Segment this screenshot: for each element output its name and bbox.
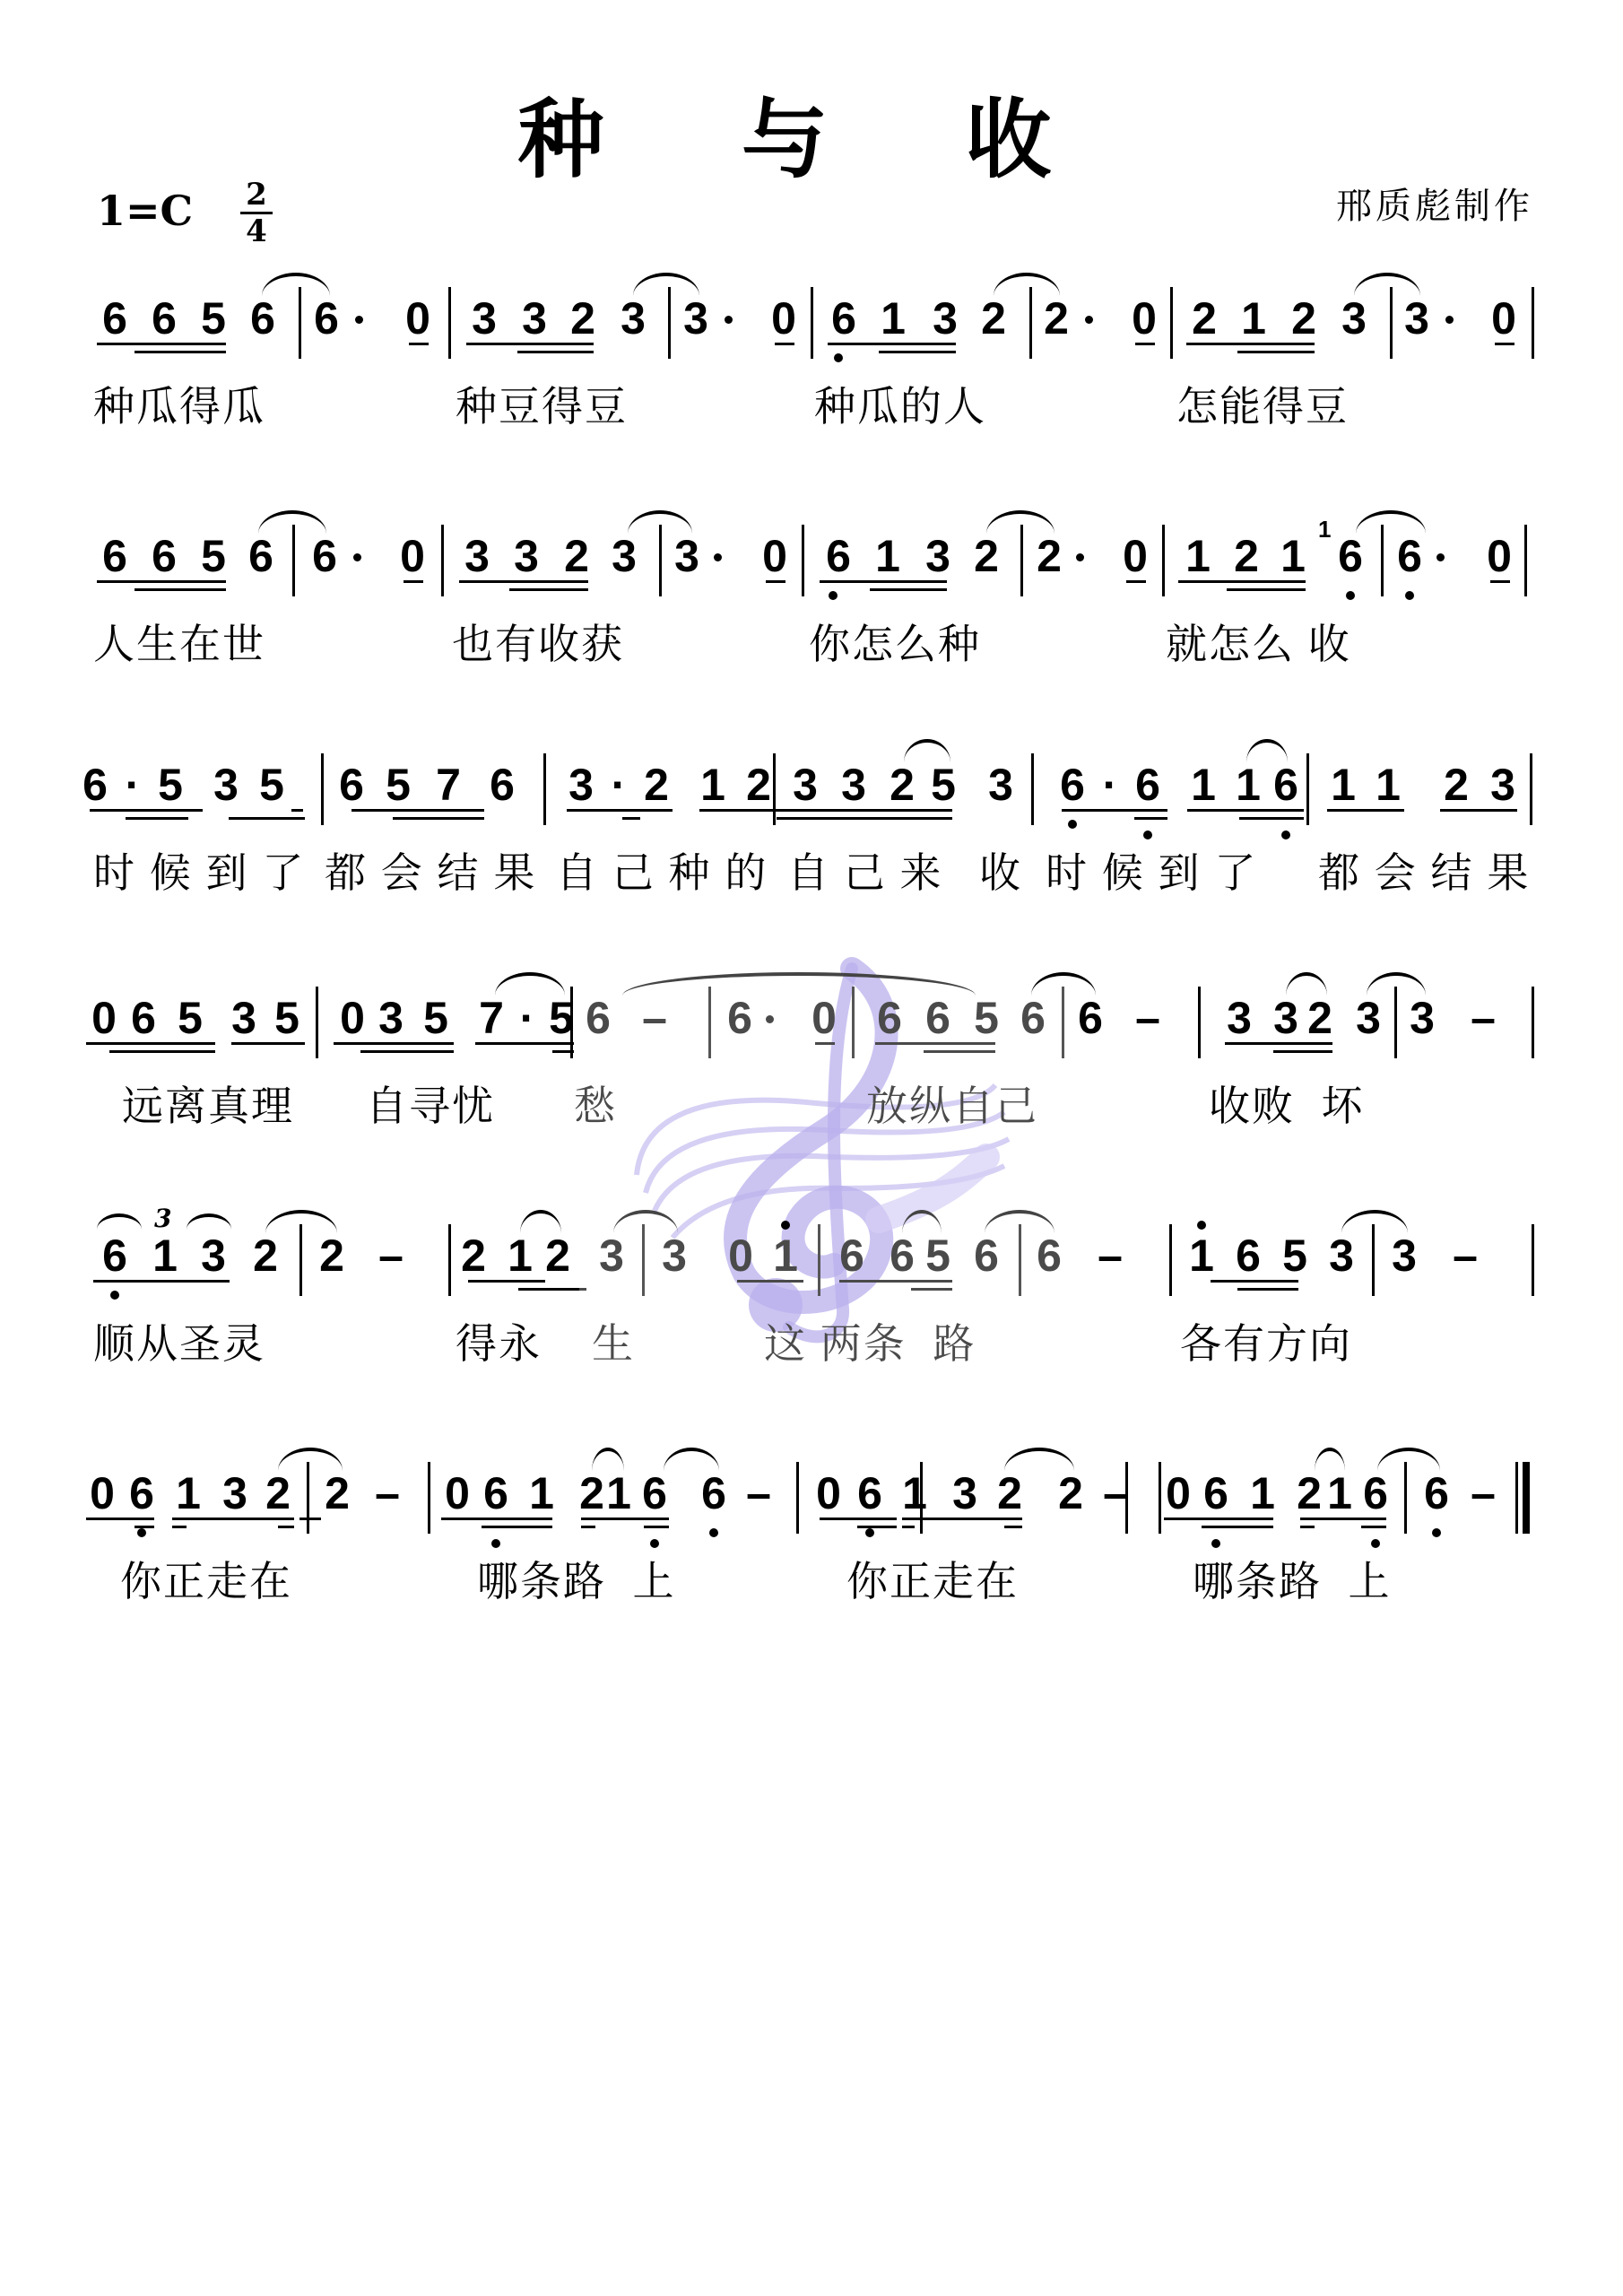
barline [668,287,671,359]
lyric-line: 时 候 到 了 [93,852,305,893]
note: · [601,762,637,807]
note: 3 [508,534,544,578]
augmentation-dot [1436,553,1445,561]
note: 3 [195,1233,231,1278]
duration-underline [857,1526,897,1528]
lyric-line: 生 [592,1323,635,1364]
barline [1390,287,1393,359]
triplet-bracket-right [187,1213,231,1230]
barline [321,753,324,825]
barline [1394,987,1397,1058]
duration-underline [879,351,956,353]
octave-dot [1346,591,1355,600]
lyric-line: 你正走在 [846,1561,1019,1602]
lyric-line: 人生在世 [93,623,265,665]
duration-underline [911,1288,952,1291]
duration-underline [1004,1526,1022,1528]
note: 3 [1350,996,1386,1040]
barline [292,525,295,596]
lyric-line: 收 [979,852,1022,893]
duration-underline [1239,817,1304,820]
lyric-line: 得永 [456,1323,542,1364]
grace-note: 1 [1318,517,1331,541]
barline [818,1224,820,1296]
note: 6 [97,296,133,341]
note: 3 [516,296,552,341]
note: 2 [559,534,595,578]
duration-underline [1202,1526,1273,1528]
note: 1 [524,1471,560,1516]
barline [1532,987,1534,1058]
lyric-line: 哪条路 上 [477,1561,676,1602]
barline [543,753,546,825]
barline [852,987,855,1058]
note: 5 [380,762,416,807]
duration-underline [875,1042,995,1045]
lyric-line: 怎能得豆 [1176,386,1349,427]
lyric-line: 自寻忧 [366,1085,495,1126]
lyric-line: 都 会 结 果 [325,852,536,893]
note: 3 [1404,996,1440,1040]
note: 1 [1322,1471,1358,1516]
lyric-line: 哪条路 上 [1193,1561,1392,1602]
note: 6 [1358,1471,1393,1516]
octave-dot [834,353,843,362]
note: 2 [247,1233,283,1278]
octave-dot [1281,831,1290,839]
duration-underline [172,1518,294,1520]
barline [1306,753,1309,825]
duration-underline [135,588,226,591]
augmentation-dot [725,316,733,324]
score-system: 6656603323306132201216601人生在世也有收获你怎么种就怎么… [0,534,1623,749]
barline [448,1224,451,1296]
duration-underline [93,1280,230,1283]
duration-underline [1164,1518,1273,1520]
lyric-line: 自 己 种 的 [556,852,768,893]
note: 0 [395,534,430,578]
barline [1372,1224,1375,1296]
lyric-line: 这 两条 路 [764,1323,976,1364]
note: 6 [478,1471,514,1516]
final-barline-thick [1523,1462,1530,1534]
note: 3 [1386,1233,1422,1278]
note: 1 [170,1471,206,1516]
duration-underline [360,1050,454,1053]
note: 3 [466,296,502,341]
triplet-bracket-left [97,1213,142,1230]
note: 2 [1228,534,1264,578]
note: 6 [852,1471,888,1516]
note: 3 [459,534,495,578]
duration-underline [459,580,588,583]
augmentation-dot [353,553,361,561]
note: 0 [86,996,122,1040]
note: 6 [245,296,281,341]
dash-extension: – [1092,1233,1128,1278]
duration-underline [1225,1042,1332,1045]
lyric-line: 你正走在 [120,1561,292,1602]
octave-dot [781,1221,790,1230]
note: 1 [502,1233,538,1278]
note: 6 [1392,534,1428,578]
octave-dot [137,1528,146,1537]
note: · [509,996,545,1040]
note: 1 [695,762,731,807]
note: 0 [400,296,436,341]
note: 6 [97,534,133,578]
note: 3 [1399,296,1435,341]
note: 0 [1117,534,1153,578]
duration-underline [404,580,423,583]
song-title: 种 与 收 [0,97,1623,183]
duration-underline [1178,580,1306,583]
note: 2 [1031,534,1067,578]
duration-underline [1273,1050,1332,1053]
duration-underline [518,1288,579,1291]
barline [1062,987,1064,1058]
lyric-line: 时 候 到 了 [1046,852,1257,893]
barline [659,525,662,596]
duration-underline [466,343,594,345]
note: 0 [806,996,842,1040]
lyric-line: 放纵自己 [866,1085,1038,1126]
note: 0 [766,296,802,341]
duration-underline [158,809,203,812]
note: 6 [696,1471,732,1516]
note: 6 [243,534,279,578]
barline [773,753,776,825]
duration-underline [509,588,588,591]
duration-underline [839,1280,952,1283]
note: 6 [307,534,343,578]
lyric-line: 愁 [574,1085,617,1126]
barline [1381,525,1384,596]
note: 3 [594,1233,629,1278]
barline [796,1462,799,1534]
note: 1 [1180,534,1216,578]
duration-underline [1186,343,1315,345]
barline [1532,287,1534,359]
note: 6 [1072,996,1108,1040]
note: 2 [638,762,674,807]
note: 3 [1485,762,1521,807]
time-signature-numerator: 2 [240,179,273,214]
duration-underline [109,1050,215,1053]
lyric-line: 种豆得豆 [456,386,628,427]
note: 6 [308,296,344,341]
duration-underline [1490,580,1510,583]
note: 3 [656,1233,692,1278]
lyric-line: 远离真理 [122,1085,294,1126]
lyric-line: 也有收获 [452,623,624,665]
duration-underline [441,1518,552,1520]
barline [802,525,804,596]
note: 0 [1486,296,1522,341]
note: 6 [884,1233,920,1278]
note: 3 [836,762,872,807]
duration-underline [1237,351,1315,353]
lyric-line: 各有方向 [1180,1323,1352,1364]
note: 2 [1053,1471,1089,1516]
augmentation-dot [766,1015,774,1023]
note: 1 [147,1233,183,1278]
note: 2 [968,534,1004,578]
barline [1170,287,1173,359]
barline [441,525,444,596]
duration-underline [475,1042,574,1045]
note: 3 [1221,996,1257,1040]
note: 6 [1130,762,1166,807]
dash-extension: – [741,1471,777,1516]
barline [448,287,451,359]
note: 7 [473,996,509,1040]
duration-underline [86,1518,154,1520]
barline [1125,1462,1128,1534]
augmentation-dot [714,553,722,561]
duration-underline [1300,1518,1386,1520]
duration-underline [1227,588,1306,591]
note: 5 [254,762,290,807]
note: 5 [920,1233,956,1278]
duration-underline [1134,817,1167,820]
note: 3 [947,1471,983,1516]
note: 0 [439,1471,475,1516]
note: 3 [615,296,651,341]
note: 0 [84,1471,120,1516]
note: 3 [1336,296,1372,341]
dash-extension: – [1098,1471,1133,1516]
barline [1404,1462,1407,1534]
note: 3 [606,534,642,578]
barline [1020,525,1023,596]
octave-dot [829,591,838,600]
duration-underline [482,1526,552,1528]
note: 6 [334,762,369,807]
note: 2 [1302,996,1338,1040]
duration-underline [622,817,640,820]
lyric-line: 你怎么种 [809,623,981,665]
duration-underline [1211,1280,1298,1283]
octave-dot [1143,831,1152,839]
duration-underline [820,1518,897,1520]
duration-underline [1495,343,1515,345]
octave-dot [491,1539,500,1548]
duration-underline [777,817,952,820]
note: 6 [77,762,113,807]
note: 3 [787,762,823,807]
note: 6 [1419,1471,1454,1516]
octave-dot [1432,1528,1441,1537]
duration-underline [567,809,673,812]
barline [811,287,813,359]
duration-underline [231,1042,305,1045]
duration-underline [86,1042,215,1045]
note: 6 [834,1233,870,1278]
note: 2 [565,296,601,341]
octave-dot [1371,1539,1380,1548]
note: 2 [456,1233,491,1278]
note: 5 [968,996,1004,1040]
duration-underline [1440,809,1517,812]
final-barline-thin [1515,1462,1518,1534]
barline [1162,525,1165,596]
duration-underline [393,817,484,820]
barline [642,1224,645,1296]
note: 6 [1230,1233,1266,1278]
octave-dot [865,1528,874,1537]
duration-underline [1327,809,1404,812]
note: 6 [124,1471,160,1516]
barline [708,987,711,1058]
score-system: 61322–212330166566–16533–3顺从圣灵得永生这 两条 路各… [0,1233,1623,1448]
note: 1 [875,296,911,341]
note: 6 [1268,762,1304,807]
barline [428,1462,430,1534]
duration-underline [581,1526,595,1528]
note: 2 [1186,296,1222,341]
note: 2 [260,1471,296,1516]
note: 6 [1332,534,1368,578]
duration-underline [409,343,429,345]
dash-extension: – [637,996,673,1040]
duration-underline [828,343,956,345]
octave-dot [1197,1221,1206,1230]
note: 6 [826,296,862,341]
duration-underline [278,1526,294,1528]
duration-underline [1237,1288,1298,1291]
duration-underline [1135,343,1155,345]
note: 1 [1325,762,1361,807]
note: 3 [1268,996,1304,1040]
note: 3 [983,762,1019,807]
note: 3 [1324,1233,1359,1278]
barline [1029,287,1032,359]
dash-extension: – [373,1233,409,1278]
dash-extension: – [1130,996,1166,1040]
note: 5 [195,296,231,341]
note: 6 [1198,1471,1234,1516]
lyric-line: 自 己 来 [787,852,943,893]
note: 5 [1277,1233,1313,1278]
note: 1 [870,534,906,578]
note: 1 [1184,1233,1219,1278]
note: 1 [601,1471,637,1516]
barline [1169,1224,1172,1296]
note: 2 [884,762,920,807]
note: 6 [722,996,758,1040]
note: 0 [1481,534,1517,578]
barline [920,1462,923,1534]
duration-underline [229,817,305,820]
note: 0 [1126,296,1162,341]
barline [1530,753,1532,825]
note: 5 [152,762,188,807]
octave-dot [650,1539,659,1548]
duration-underline [924,1050,995,1053]
score-page: 种 与 收 1=C 2 4 邢质彪制作 66566033233061322021… [0,0,1623,2296]
note: 2 [314,1233,350,1278]
note: 1 [897,1471,933,1516]
note: 6 [484,762,520,807]
augmentation-dot [1085,316,1093,324]
duration-underline [737,1280,803,1283]
lyric-line: 种瓜得瓜 [93,386,265,427]
note: 0 [334,996,370,1040]
barline [1198,987,1201,1058]
note: 2 [741,762,777,807]
augmentation-dot [1076,553,1084,561]
note: 0 [757,534,793,578]
note: 6 [126,996,161,1040]
note: 3 [563,762,599,807]
note: 1 [1275,534,1311,578]
note: 2 [992,1471,1028,1516]
note: 2 [1286,296,1322,341]
time-signature-denominator: 4 [240,214,273,247]
note: 7 [430,762,466,807]
lyric-line: 就怎么 收 [1166,623,1351,665]
note: 5 [543,996,579,1040]
note: 6 [146,296,182,341]
score-system: 065350357·56–6066566–33233–远离真理自寻忧愁放纵自己收… [0,996,1623,1211]
note: 2 [1438,762,1474,807]
note: 6 [580,996,616,1040]
duration-underline [291,809,303,812]
note: · [1092,762,1128,807]
note: 3 [669,534,705,578]
note: 6 [1031,1233,1067,1278]
duration-underline [352,809,484,812]
score-system: 665660332330613220212330种瓜得瓜种豆得豆种瓜的人怎能得豆 [0,296,1623,511]
note: 2 [540,1233,576,1278]
note: 1 [1185,762,1221,807]
octave-dot [1405,591,1414,600]
duration-underline [517,351,594,353]
author-credit: 邢质彪制作 [1336,188,1533,224]
barline [299,287,301,359]
augmentation-dot [355,316,363,324]
note: 1 [1236,296,1271,341]
barline [1019,1224,1021,1296]
duration-underline [766,580,785,583]
note: 6 [637,1471,673,1516]
note: 5 [172,996,208,1040]
note: 6 [97,1233,133,1278]
note: · [115,762,151,807]
note: 0 [1160,1471,1196,1516]
triplet-mark: 3 [154,1206,171,1231]
note: 1 [1230,762,1266,807]
note: 1 [768,1233,803,1278]
dash-extension: – [1447,1233,1483,1278]
barline [307,1462,309,1534]
note: 3 [217,1471,253,1516]
duration-underline [468,1280,545,1283]
note: 6 [146,534,182,578]
duration-underline [172,1526,187,1528]
note: 2 [1038,296,1074,341]
dash-extension: – [1465,1471,1501,1516]
barline [570,987,573,1058]
key-signature: 1=C [97,190,193,231]
note: 1 [1370,762,1406,807]
note: 6 [872,996,907,1040]
barline [1159,1462,1161,1534]
note: 2 [976,296,1011,341]
duration-underline [581,1518,669,1520]
note: 3 [920,534,956,578]
